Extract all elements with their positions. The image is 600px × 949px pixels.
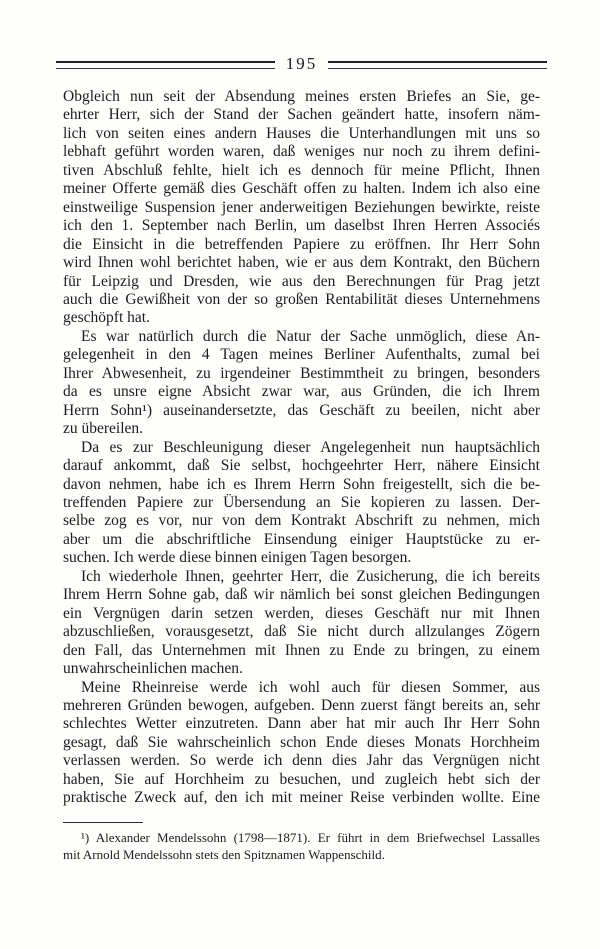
text-line: abzuschließen, vorausgesetzt, daß Sie ni… [63, 623, 540, 641]
text-line: Es war natürlich durch die Natur der Sac… [63, 328, 540, 346]
text-line: davon nehmen, habe ich es Ihrem Herrn So… [63, 476, 540, 494]
text-line: den Fall, das Unternehmen mit Ihnen zu E… [63, 642, 540, 660]
text-line: Ich wiederhole Ihnen, geehrter Herr, die… [63, 568, 540, 586]
text-line: geschöpft hat. [63, 309, 540, 327]
page-number: 195 [286, 55, 318, 72]
text-line: gelegenheit in den 4 Tagen meines Berlin… [63, 346, 540, 364]
text-line: die Einsicht in die betreffenden Papiere… [63, 236, 540, 254]
text-line: mit Arnold Mendelssohn stets den Spitzna… [63, 847, 540, 864]
text-line: ein Vergnügen darin setzen werden, diese… [63, 605, 540, 623]
text-line: Obgleich nun seit der Absendung meines e… [63, 88, 540, 106]
footnote: ¹) Alexander Mendelssohn (1798—1871). Er… [63, 830, 540, 863]
text-line: Ihrer Abwesenheit, zu irgendeiner Bestim… [63, 365, 540, 383]
text-line: aber um die abschriftliche Einsendung ei… [63, 531, 540, 549]
text-line: meiner Offerte gemäß dies Geschäft offen… [63, 180, 540, 198]
header-rule-right [328, 61, 547, 69]
text-line: verlassen werden. So werde ich denn dies… [63, 752, 540, 770]
text-line: da es unsre eigne Absicht zwar war, aus … [63, 383, 540, 401]
text-line: für Leipzig und Dresden, wie aus den Ber… [63, 273, 540, 291]
text-line: selbe zog es vor, nur von dem Kontrakt A… [63, 512, 540, 530]
body-text: Obgleich nun seit der Absendung meines e… [63, 88, 540, 808]
text-line: tiven Abschluß fehlte, hielt ich es denn… [63, 162, 540, 180]
header-rule-left [56, 61, 275, 69]
text-line: Herrn Sohn¹) auseinandersetzte, das Gesc… [63, 402, 540, 420]
text-line: mehreren Gründen bewogen, aufgeben. Denn… [63, 697, 540, 715]
text-line: haben, Sie auf Horchheim zu besuchen, un… [63, 771, 540, 789]
text-line: treffenden Papiere zur Übersendung an Si… [63, 494, 540, 512]
text-line: ich den 1. September nach Berlin, um das… [63, 217, 540, 235]
text-line: Ihrem Herrn Sohne gab, daß wir nämlich b… [63, 586, 540, 604]
text-line: suchen. Ich werde diese binnen einigen T… [63, 549, 540, 567]
text-line: gesagt, daß Sie wahrscheinlich schon End… [63, 734, 540, 752]
text-line: unwahrscheinlichen machen. [63, 660, 540, 678]
text-line: lich von seiten eines andern Hauses die … [63, 125, 540, 143]
text-line: ehrter Herr, sich der Stand der Sachen g… [63, 106, 540, 124]
text-line: Meine Rheinreise werde ich wohl auch für… [63, 679, 540, 697]
text-line: einstweilige Suspension jener anderweiti… [63, 199, 540, 217]
text-line: schlechtes Wetter einzutreten. Dann aber… [63, 715, 540, 733]
text-line: praktische Zweck auf, den ich mit meiner… [63, 789, 540, 807]
text-line: ¹) Alexander Mendelssohn (1798—1871). Er… [63, 830, 540, 847]
text-line: darauf ankommt, daß Sie selbst, hochgeeh… [63, 457, 540, 475]
text-line: auch die Gewißheit von der so großen Ren… [63, 291, 540, 309]
text-line: lebhaft geführt worden waren, daß wenige… [63, 143, 540, 161]
book-page: 195 Obgleich nun seit der Absendung mein… [0, 0, 600, 949]
text-line: wird Ihnen wohl berichtet haben, wie er … [63, 254, 540, 272]
text-line: Da es zur Beschleunigung dieser Angelege… [63, 439, 540, 457]
footnote-separator [63, 822, 143, 823]
running-head: 195 [56, 56, 547, 73]
text-line: zu übereilen. [63, 420, 540, 438]
